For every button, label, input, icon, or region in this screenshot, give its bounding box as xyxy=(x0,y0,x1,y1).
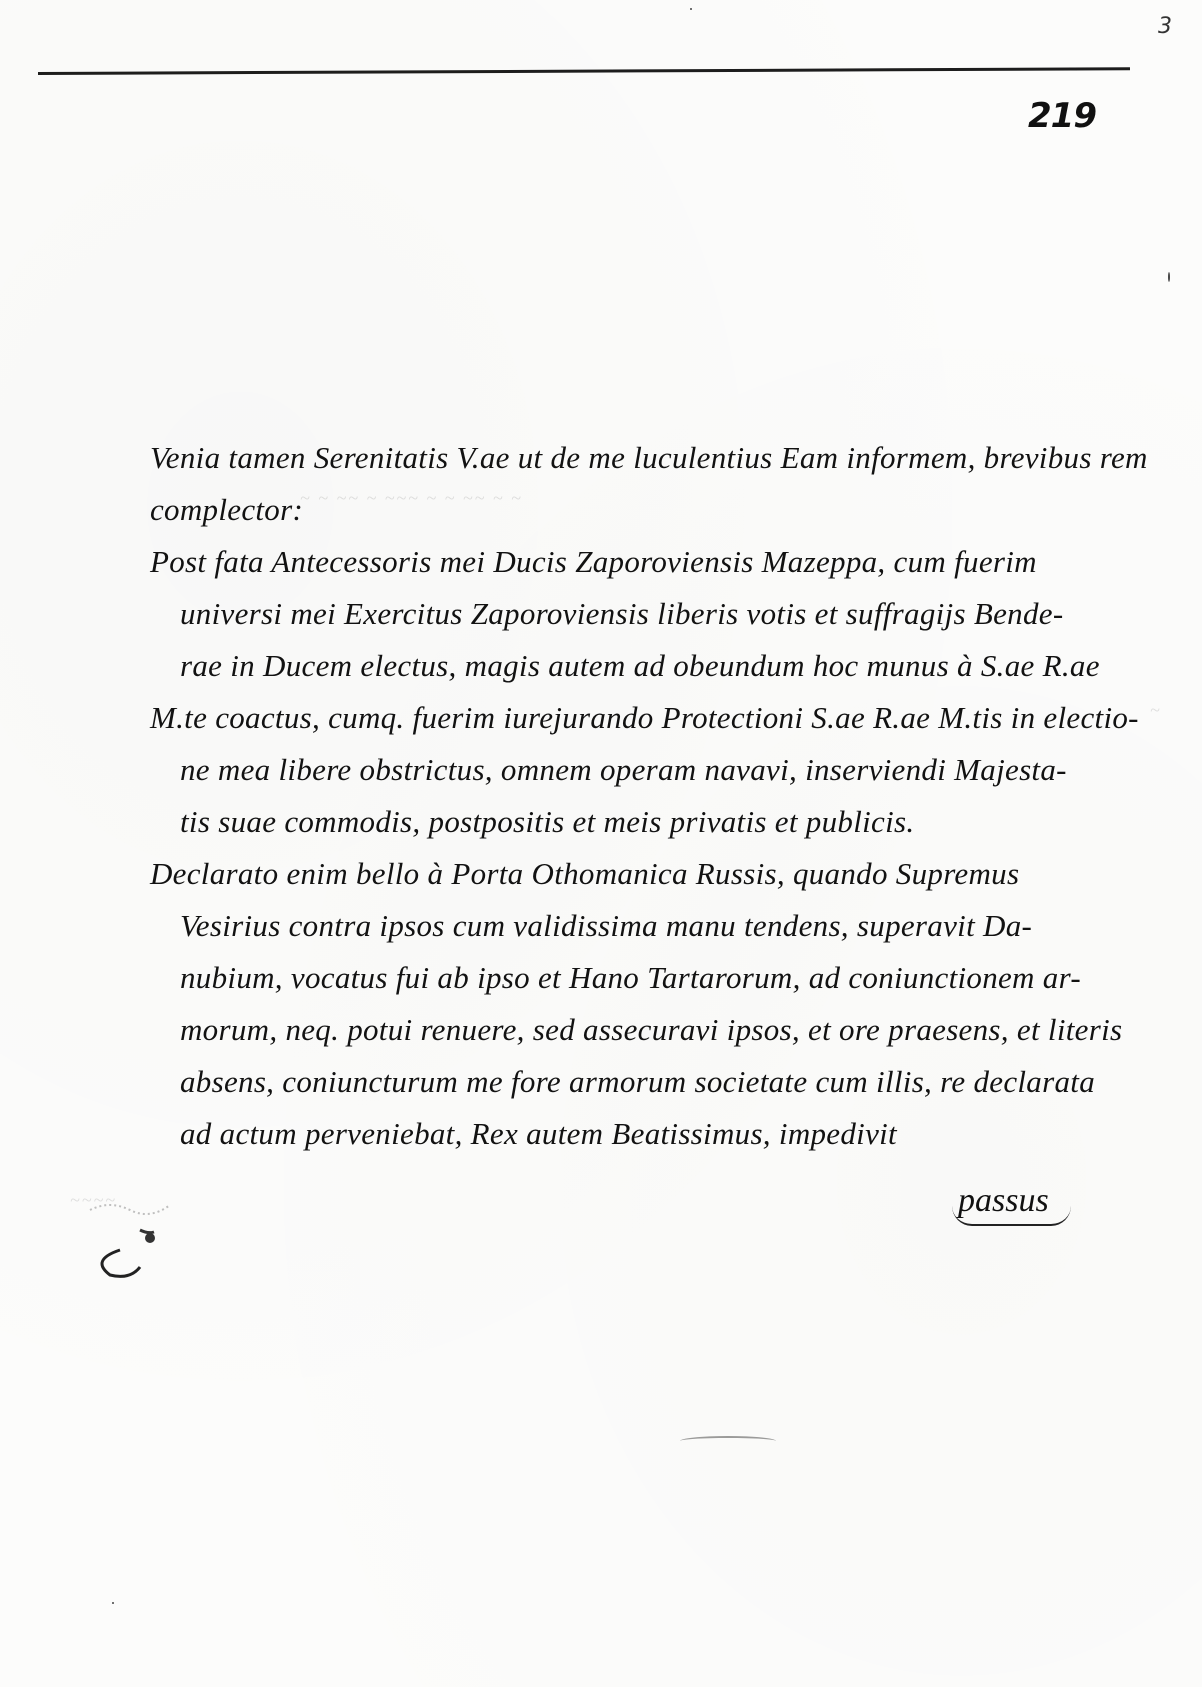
manuscript-line: complector: xyxy=(150,484,1160,536)
manuscript-line: morum, neq. potui renuere, sed assecurav… xyxy=(150,1004,1160,1056)
ink-speck xyxy=(690,8,692,10)
manuscript-line: Venia tamen Serenitatis V.ae ut de me lu… xyxy=(150,432,1160,484)
manuscript-line: absens, coniuncturum me fore armorum soc… xyxy=(150,1056,1160,1108)
manuscript-page: 3 219 ~ ~ ~~ ~ ~~~ ~ ~ ~~ ~ ~ ~ ~~~~ Ven… xyxy=(0,0,1202,1687)
ink-speck xyxy=(112,1602,114,1604)
manuscript-line: ne mea libere obstrictus, omnem operam n… xyxy=(150,744,1160,796)
margin-scribble-icon xyxy=(80,1190,190,1280)
manuscript-line: Post fata Antecessoris mei Ducis Zaporov… xyxy=(150,536,1160,588)
manuscript-line: ad actum perveniebat, Rex autem Beatissi… xyxy=(150,1108,1160,1160)
manuscript-line: nubium, vocatus fui ab ipso et Hano Tart… xyxy=(150,952,1160,1004)
corner-page-number: 3 xyxy=(1158,14,1172,39)
folio-number: 219 xyxy=(1028,96,1096,136)
catchword: passus xyxy=(958,1182,1049,1220)
manuscript-line: rae in Ducem electus, magis autem ad obe… xyxy=(150,640,1160,692)
bottom-pen-stroke xyxy=(680,1436,776,1446)
manuscript-line: universi mei Exercitus Zaporoviensis lib… xyxy=(150,588,1160,640)
header-rule xyxy=(38,67,1130,75)
manuscript-line: M.te coactus, cumq. fuerim iurejurando P… xyxy=(150,692,1160,744)
manuscript-line: Vesirius contra ipsos cum validissima ma… xyxy=(150,900,1160,952)
ink-speck xyxy=(1168,272,1170,282)
manuscript-line: Declarato enim bello à Porta Othomanica … xyxy=(150,848,1160,900)
manuscript-text: Venia tamen Serenitatis V.ae ut de me lu… xyxy=(150,432,1160,1160)
manuscript-line: tis suae commodis, postpositis et meis p… xyxy=(150,796,1160,848)
